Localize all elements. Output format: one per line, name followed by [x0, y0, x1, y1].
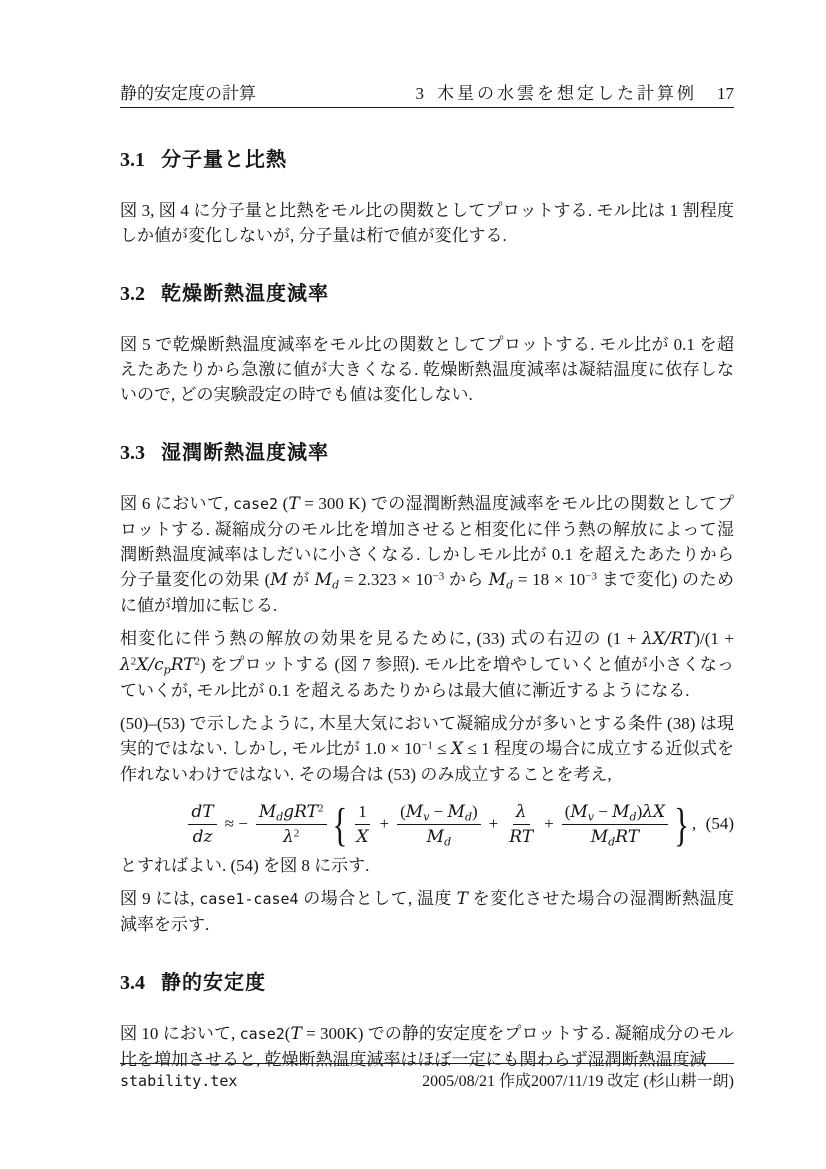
fraction-term-4: (Mv − Md)λX MdRT [562, 802, 668, 847]
fraction-term-3: λ RT [506, 802, 536, 847]
footer-filename: stability.tex [120, 1072, 237, 1090]
section-title: 静的安定度 [161, 971, 266, 996]
paragraph-moist-lapse-rate-1: 図 6 において, case2 (T = 300 K) での湿潤断熱温度減率をモ… [120, 491, 734, 618]
document-page: 静的安定度の計算 3 木星の水雲を想定した計算例 17 3.1 分子量と比熱 図… [0, 0, 826, 1169]
section-heading-3-2: 3.2 乾燥断熱温度減率 [120, 282, 734, 307]
section-number: 3.1 [120, 148, 145, 173]
paragraph-moist-lapse-rate-4: とすればよい. (54) を図 8 に示す. [120, 853, 734, 878]
paragraph-moist-lapse-rate-3: (50)–(53) で示したように, 木星大気において凝縮成分が多いとする条件 … [120, 711, 734, 787]
header-section-title: 木星の水雲を想定した計算例 [437, 84, 697, 104]
fraction-term-2: (Mv − Md) Md [397, 802, 481, 847]
paragraph-molecular-weight: 図 3, 図 4 に分子量と比熱をモル比の関数としてプロットする. モル比は 1… [120, 198, 734, 248]
fraction-term-1: 1 X [353, 802, 371, 847]
footer-rule [120, 1063, 734, 1064]
section-title: 分子量と比熱 [161, 148, 287, 173]
equation-number: (54) [706, 814, 734, 834]
paragraph-dry-lapse-rate: 図 5 で乾燥断熱温度減率をモル比の関数としてプロットする. モル比が 0.1 … [120, 332, 734, 407]
header-running-title: 静的安定度の計算 [120, 84, 256, 104]
plus-operator: + [544, 814, 554, 834]
header-page-number: 17 [717, 84, 734, 104]
footer-revision-info: 2005/08/21 作成2007/11/19 改定 (杉山耕一朗) [422, 1068, 734, 1091]
fraction-dT-dz: dT dz [188, 802, 216, 847]
section-heading-3-4: 3.4 静的安定度 [120, 971, 734, 996]
header-section-info: 3 木星の水雲を想定した計算例 17 [416, 84, 735, 104]
section-number: 3.4 [120, 971, 145, 996]
section-number: 3.2 [120, 282, 145, 307]
equation-comma: , [692, 814, 696, 834]
plus-operator: + [380, 814, 390, 834]
header-rule [120, 107, 734, 108]
fraction-coefficient: MdgRT2 λ2 [256, 802, 327, 847]
equation-body: dT dz ≈ − MdgRT2 λ2 { 1 X + (Mv − Md) Md [120, 802, 706, 847]
paragraph-moist-lapse-rate-2: 相変化に伴う熱の解放の効果を見るために, (33) 式の右辺の (1 + λX/… [120, 626, 734, 703]
section-heading-3-3: 3.3 湿潤断熱温度減率 [120, 441, 734, 466]
paragraph-moist-lapse-rate-5: 図 9 には, case1-case4 の場合として, 温度 T を変化させた場… [120, 886, 734, 937]
plus-operator: + [489, 814, 499, 834]
page-footer: stability.tex 2005/08/21 作成2007/11/19 改定… [120, 1060, 734, 1091]
section-title: 乾燥断熱温度減率 [161, 282, 329, 307]
section-title: 湿潤断熱温度減率 [161, 441, 329, 466]
page-header: 静的安定度の計算 3 木星の水雲を想定した計算例 17 [120, 84, 734, 104]
approx-minus-operator: ≈ − [225, 814, 248, 834]
header-section-number: 3 [416, 84, 425, 104]
section-number: 3.3 [120, 441, 145, 466]
footer-row: stability.tex 2005/08/21 作成2007/11/19 改定… [120, 1068, 734, 1091]
page-content: 静的安定度の計算 3 木星の水雲を想定した計算例 17 3.1 分子量と比熱 図… [120, 84, 734, 1072]
right-brace: } [674, 801, 689, 848]
left-brace: { [333, 801, 348, 848]
section-heading-3-1: 3.1 分子量と比熱 [120, 148, 734, 173]
equation-54: dT dz ≈ − MdgRT2 λ2 { 1 X + (Mv − Md) Md [120, 797, 734, 851]
